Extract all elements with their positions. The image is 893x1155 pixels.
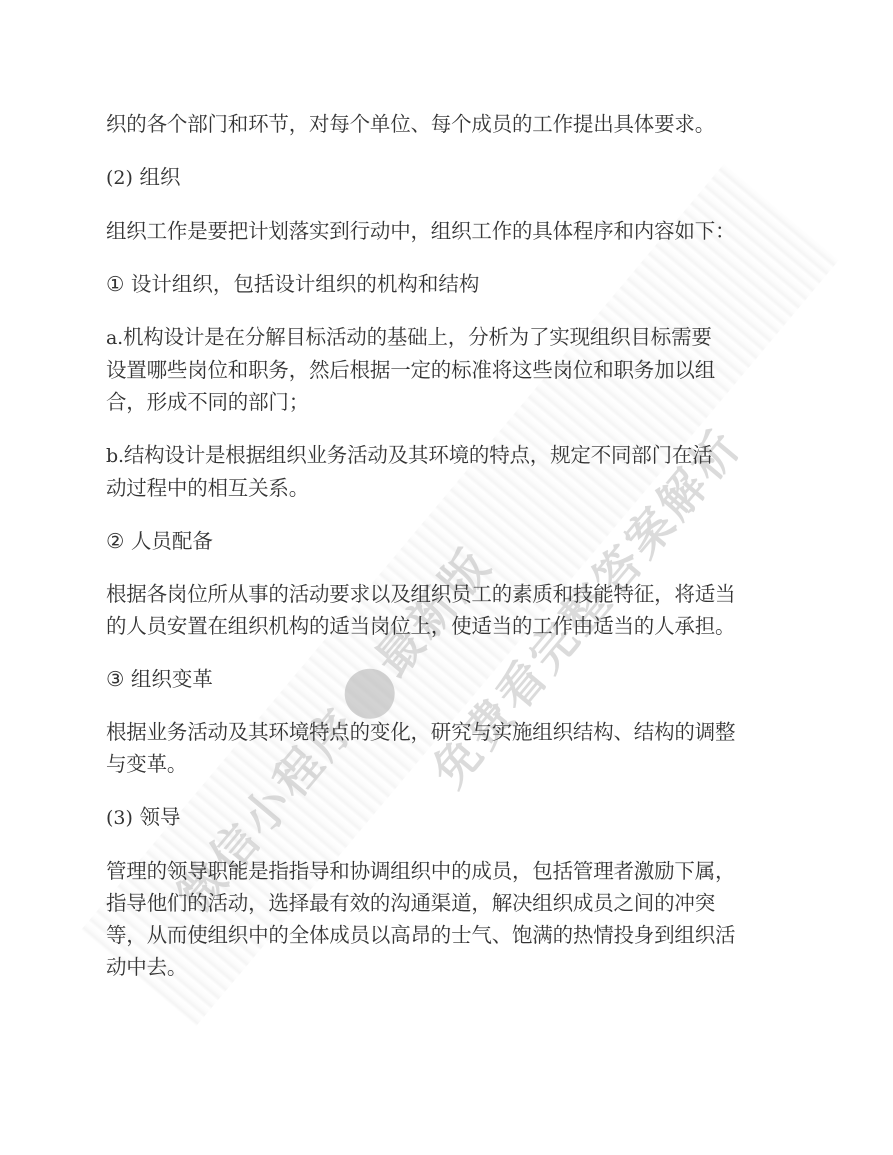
text-line: 管理的领导职能是指指导和协调组织中的成员，包括管理者激励下属， <box>106 855 796 887</box>
subheading-org-change: ③ 组织变革 <box>106 663 796 695</box>
list-marker: b. <box>106 445 124 467</box>
text-line: 合，形成不同的部门； <box>106 386 796 418</box>
text-segment: 结构设计是根据组织业务活动及其环境的特点，规定不同部门在活 <box>124 443 713 467</box>
heading-number: (2) <box>106 167 133 189</box>
text-line: 指导他们的活动，选择最有效的沟通渠道，解决组织成员之间的冲突 <box>106 887 796 919</box>
paragraph-continuation: 织的各个部门和环节，对每个单位、每个成员的工作提出具体要求。 <box>106 108 796 140</box>
text-line: 根据业务活动及其环境特点的变化，研究与实施组织结构、结构的调整 <box>106 716 796 748</box>
heading-title: 组织变革 <box>131 667 213 691</box>
text-line: 的人员安置在组织机构的适当岗位上，使适当的工作由适当的人承担。 <box>106 610 796 642</box>
document-body: 织的各个部门和环节，对每个单位、每个成员的工作提出具体要求。 (2) 组织 组织… <box>106 108 796 1004</box>
paragraph-organizing-intro: 组织工作是要把计划落实到行动中，组织工作的具体程序和内容如下： <box>106 215 796 247</box>
text-line: 组织工作是要把计划落实到行动中，组织工作的具体程序和内容如下： <box>106 215 796 247</box>
section-heading-organizing: (2) 组织 <box>106 161 796 194</box>
text-line: 与变革。 <box>106 748 796 780</box>
section-heading-leading: (3) 领导 <box>106 801 796 834</box>
paragraph-org-change: 根据业务活动及其环境特点的变化，研究与实施组织结构、结构的调整 与变革。 <box>106 716 796 780</box>
heading-number: ① <box>106 272 124 296</box>
heading-title: 设计组织，包括设计组织的机构和结构 <box>131 272 480 296</box>
heading-title: 组织 <box>139 165 180 189</box>
subheading-staffing: ② 人员配备 <box>106 525 796 557</box>
text-line: 动过程中的相互关系。 <box>106 472 796 504</box>
text-line: b.结构设计是根据组织业务活动及其环境的特点，规定不同部门在活 <box>106 439 796 472</box>
heading-number: (3) <box>106 807 133 829</box>
text-line: 织的各个部门和环节，对每个单位、每个成员的工作提出具体要求。 <box>106 108 796 140</box>
heading-title: 领导 <box>139 805 180 829</box>
text-line: 设置哪些岗位和职务，然后根据一定的标准将这些岗位和职务加以组 <box>106 354 796 386</box>
text-segment: 机构设计是在分解目标活动的基础上，分析为了实现组织目标需要 <box>123 325 712 349</box>
text-line: 动中去。 <box>106 951 796 983</box>
heading-number: ② <box>106 529 124 553</box>
text-line: a.机构设计是在分解目标活动的基础上，分析为了实现组织目标需要 <box>106 321 796 354</box>
document-page: 微信小程序最新版 免费看完整答案解析 织的各个部门和环节，对每个单位、每个成员的… <box>0 0 893 1155</box>
paragraph-structure-design-b: b.结构设计是根据组织业务活动及其环境的特点，规定不同部门在活 动过程中的相互关… <box>106 439 796 504</box>
paragraph-leading: 管理的领导职能是指指导和协调组织中的成员，包括管理者激励下属， 指导他们的活动，… <box>106 855 796 983</box>
heading-title: 人员配备 <box>131 529 213 553</box>
heading-number: ③ <box>106 667 124 691</box>
subheading-design-organization: ① 设计组织，包括设计组织的机构和结构 <box>106 268 796 300</box>
text-line: 等，从而使组织中的全体成员以高昂的士气、饱满的热情投身到组织活 <box>106 919 796 951</box>
text-line: 根据各岗位所从事的活动要求以及组织员工的素质和技能特征，将适当 <box>106 578 796 610</box>
paragraph-structure-design-a: a.机构设计是在分解目标活动的基础上，分析为了实现组织目标需要 设置哪些岗位和职… <box>106 321 796 418</box>
list-marker: a. <box>106 327 123 349</box>
paragraph-staffing: 根据各岗位所从事的活动要求以及组织员工的素质和技能特征，将适当 的人员安置在组织… <box>106 578 796 642</box>
